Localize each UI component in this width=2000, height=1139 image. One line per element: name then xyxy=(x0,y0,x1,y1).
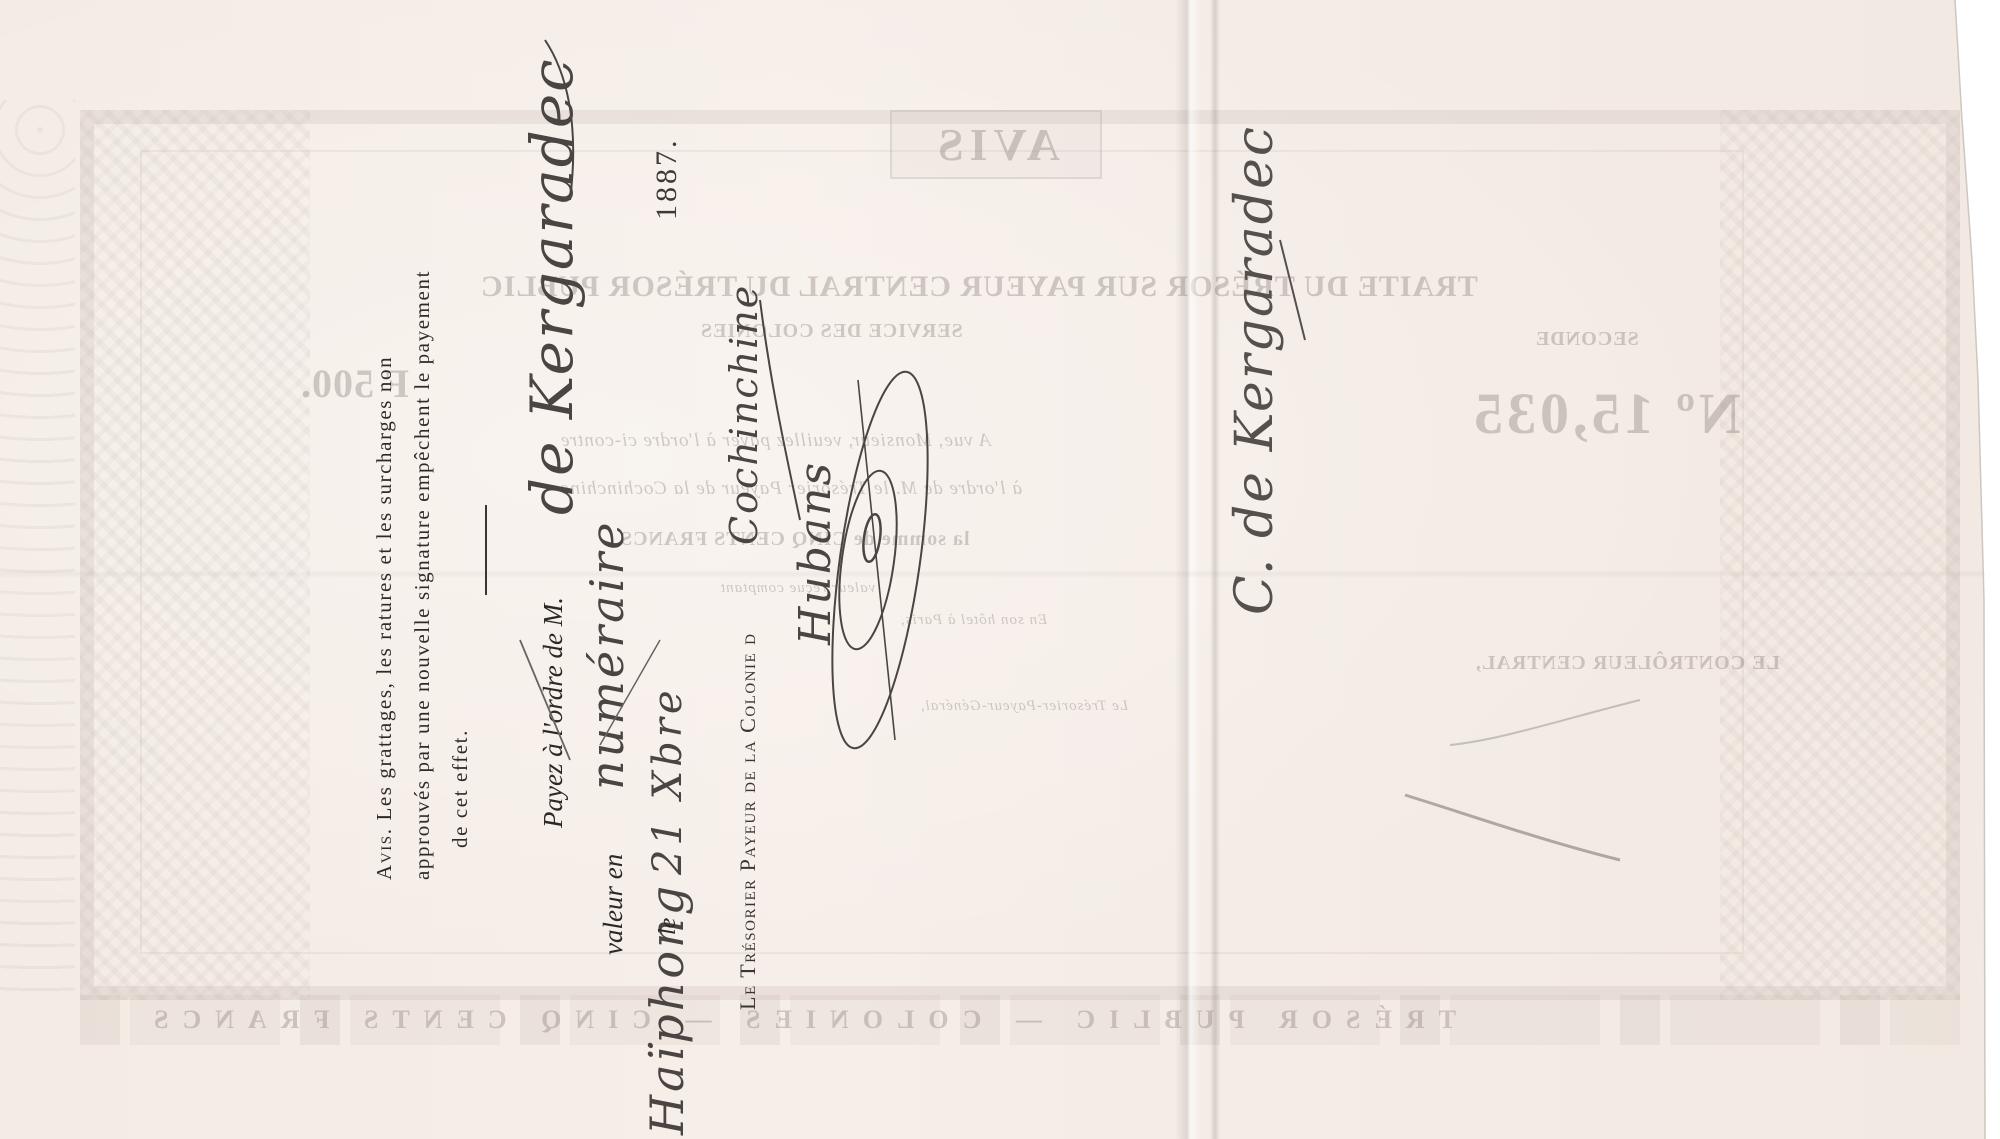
ink-strokes xyxy=(0,0,2000,1139)
